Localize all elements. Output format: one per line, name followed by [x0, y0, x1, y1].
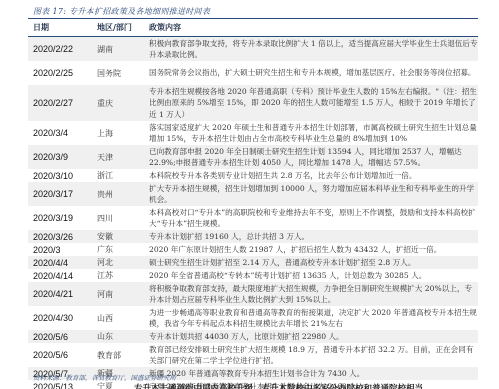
cell-region: 江苏 — [95, 270, 149, 281]
table-row: 2020/5/6教育部教育部已经安排硕士研究生扩大招生规模 18.9 万，普通专… — [28, 343, 478, 367]
table-row: 2020/3/10浙江本科院校专升本各类别专业计划招生共 2.8 万名，比去年公… — [28, 169, 478, 182]
cell-region: 河北 — [95, 257, 149, 268]
table-row: 2020/4/21河南将积极争取教育部支持，最大限度地扩大招生规模，力争把全日制… — [28, 282, 478, 306]
header-region: 地区/部门 — [95, 22, 149, 33]
cell-date: 2020/5/6 — [28, 332, 95, 342]
cell-region: 四川 — [95, 213, 149, 224]
cell-region: 湖南 — [95, 44, 149, 55]
cell-policy: 2020 年全省普通高校“专转本”统考计划扩招 13635 人，计划总数为 30… — [149, 269, 478, 283]
cell-policy: 专升本招生规模按各地 2020 年普通高职（专科）预计毕业生人数的 15%左右编… — [149, 85, 478, 122]
cell-date: 2020/2/25 — [28, 68, 95, 78]
table-row: 2020/2/22湖南积极向教育部争取支持，将专升本录取比例扩大 1 倍以上，适… — [28, 37, 478, 61]
table-row: 2020/4/30山西为进一步畅通高等职业教育和普通高等教育的衔接渠道，决定扩大… — [28, 306, 478, 330]
cell-date: 2020/3/17 — [28, 189, 95, 199]
cell-policy: 落实国家适度扩大 2020 年硕士生和普通专升本招生计划部署，市属高校硕士研究生… — [149, 121, 478, 146]
cell-region: 山西 — [95, 313, 149, 324]
cell-region: 广东 — [95, 244, 149, 255]
cell-policy: 将积极争取教育部支持，最大限度地扩大招生规模，力争把全日制研究生规模扩大 20%… — [149, 282, 478, 307]
cell-date: 2020/4/30 — [28, 313, 95, 323]
table-row: 2020/4/14江苏2020 年全省普通高校“专转本”统考计划扩招 13635… — [28, 269, 478, 282]
header-date: 日期 — [28, 22, 95, 33]
cell-region: 重庆 — [95, 98, 149, 109]
table-row: 2020/3/19四川本科高校对口“专升本”的高职院校和专业维持去年不变，原则上… — [28, 206, 478, 230]
cell-region: 安徽 — [95, 231, 149, 242]
figure-title: 图表 17: 专升本扩招政策及各地细则推进时间表 — [33, 6, 210, 17]
table-row: 2020/2/27重庆专升本招生规模按各地 2020 年普通高职（专科）预计毕业… — [28, 85, 478, 121]
body-text-cut: 专升本去通道衔中层内高校升级，专升本院校中多家公办院校和普通院校相当 — [134, 382, 423, 389]
cell-date: 2020/4/14 — [28, 271, 95, 281]
table-row: 2020/3/9天津已向教育部申报 2020 年全日制硕士研究生招生计划 135… — [28, 145, 478, 169]
table-row: 2020/3/4上海落实国家适度扩大 2020 年硕士生和普通专升本招生计划部署… — [28, 121, 478, 145]
cell-date: 2020/3/10 — [28, 171, 95, 181]
cell-policy: 本科院校专升本各类别专业计划招生共 2.8 万名，比去年公布计划增加近一倍。 — [149, 169, 478, 183]
cell-date: 2020/3/19 — [28, 213, 95, 223]
cell-date: 2020/3/9 — [28, 152, 95, 162]
cell-date: 2020/2/22 — [28, 44, 95, 54]
cell-region: 国务院 — [95, 68, 149, 79]
table-header: 日期 地区/部门 政策内容 — [28, 18, 478, 37]
cell-date: 2020/5/13 — [28, 382, 95, 389]
cell-policy: 2020 年广东原计划招生人数 21987 人，扩招后招生人数为 43432 人… — [149, 243, 478, 257]
cell-region: 贵州 — [95, 189, 149, 200]
cell-policy: 专升本计划扩招 19160 人，总计共招 3 万人。 — [149, 230, 478, 244]
cell-policy: 专升本计划共招 44030 万人，比原计划扩招 22980 人。 — [149, 330, 478, 344]
table-row: 2020/5/6山东专升本计划共招 44030 万人，比原计划扩招 22980 … — [28, 330, 478, 343]
source-note: 资料来源：教育部，各省教育厅，国盛证券研究所 — [33, 373, 176, 382]
cell-date: 2020/4/4 — [28, 258, 95, 268]
cell-policy: 扩大专升本招生规模，招生计划增加到 10000 人，努力增加应届本科毕业生和专科… — [149, 182, 478, 207]
cell-region: 河南 — [95, 289, 149, 300]
cell-region: 上海 — [95, 128, 149, 139]
cell-policy: 为进一步畅通高等职业教育和普通高等教育的衔接渠道，决定扩大 2020 年普通高校… — [149, 306, 478, 331]
table-row: 2020/4/4河北硕士研究生招生计划扩招至 2.14 万人，普通高校专升本计划… — [28, 256, 478, 269]
cell-date: 2020/3 — [28, 245, 95, 255]
table-row: 2020/3/26安徽专升本计划扩招 19160 人，总计共招 3 万人。 — [28, 230, 478, 243]
cell-region: 浙江 — [95, 170, 149, 181]
cell-policy: 本科高校对口“专升本”的高职院校和专业维持去年不变，原则上不作调整，鼓励和支持本… — [149, 206, 478, 231]
cell-date: 2020/3/26 — [28, 232, 95, 242]
cell-policy: 积极向教育部争取支持，将专升本录取比例扩大 1 倍以上，适当提高应届大学毕业生士… — [149, 37, 478, 62]
table-row: 2020/2/25国务院国务院常务会议指出，扩大硕士研究生招生和专升本规模，增加… — [28, 61, 478, 85]
cell-policy: 国务院常务会议指出，扩大硕士研究生招生和专升本规模，增加基层医疗、社会服务等岗位… — [149, 66, 478, 80]
policy-table: 日期 地区/部门 政策内容 2020/2/22湖南积极向教育部争取支持，将专升本… — [28, 18, 478, 389]
cell-date: 2020/3/4 — [28, 128, 95, 138]
cell-date: 2020/5/6 — [28, 350, 95, 360]
table-row: 2020/3/17贵州扩大专升本招生规模，招生计划增加到 10000 人，努力增… — [28, 182, 478, 206]
cell-policy: 新疆 2020 年普通高等教育专升本招生计划书合计为 7430 人。 — [149, 367, 478, 381]
cell-region: 教育部 — [95, 350, 149, 361]
cell-region: 山东 — [95, 331, 149, 342]
cell-date: 2020/2/27 — [28, 98, 95, 108]
table-body: 2020/2/22湖南积极向教育部争取支持，将专升本录取比例扩大 1 倍以上，适… — [28, 37, 478, 389]
cell-region: 天津 — [95, 152, 149, 163]
cell-policy: 教育部已经安排硕士研究生扩大招生规模 18.9 万，普通专升本扩招 32.2 万… — [149, 343, 478, 368]
cell-policy: 硕士研究生招生计划扩招至 2.14 万人，普通高校专升本计划扩招至 2.8 万人… — [149, 256, 478, 270]
header-policy: 政策内容 — [149, 21, 478, 35]
table-row: 2020/3广东2020 年广东原计划招生人数 21987 人，扩招后招生人数为… — [28, 243, 478, 256]
cell-policy: 已向教育部申报 2020 年全日制硕士研究生招生计划 13594 人，同比增加 … — [149, 145, 478, 170]
cell-date: 2020/4/21 — [28, 289, 95, 299]
